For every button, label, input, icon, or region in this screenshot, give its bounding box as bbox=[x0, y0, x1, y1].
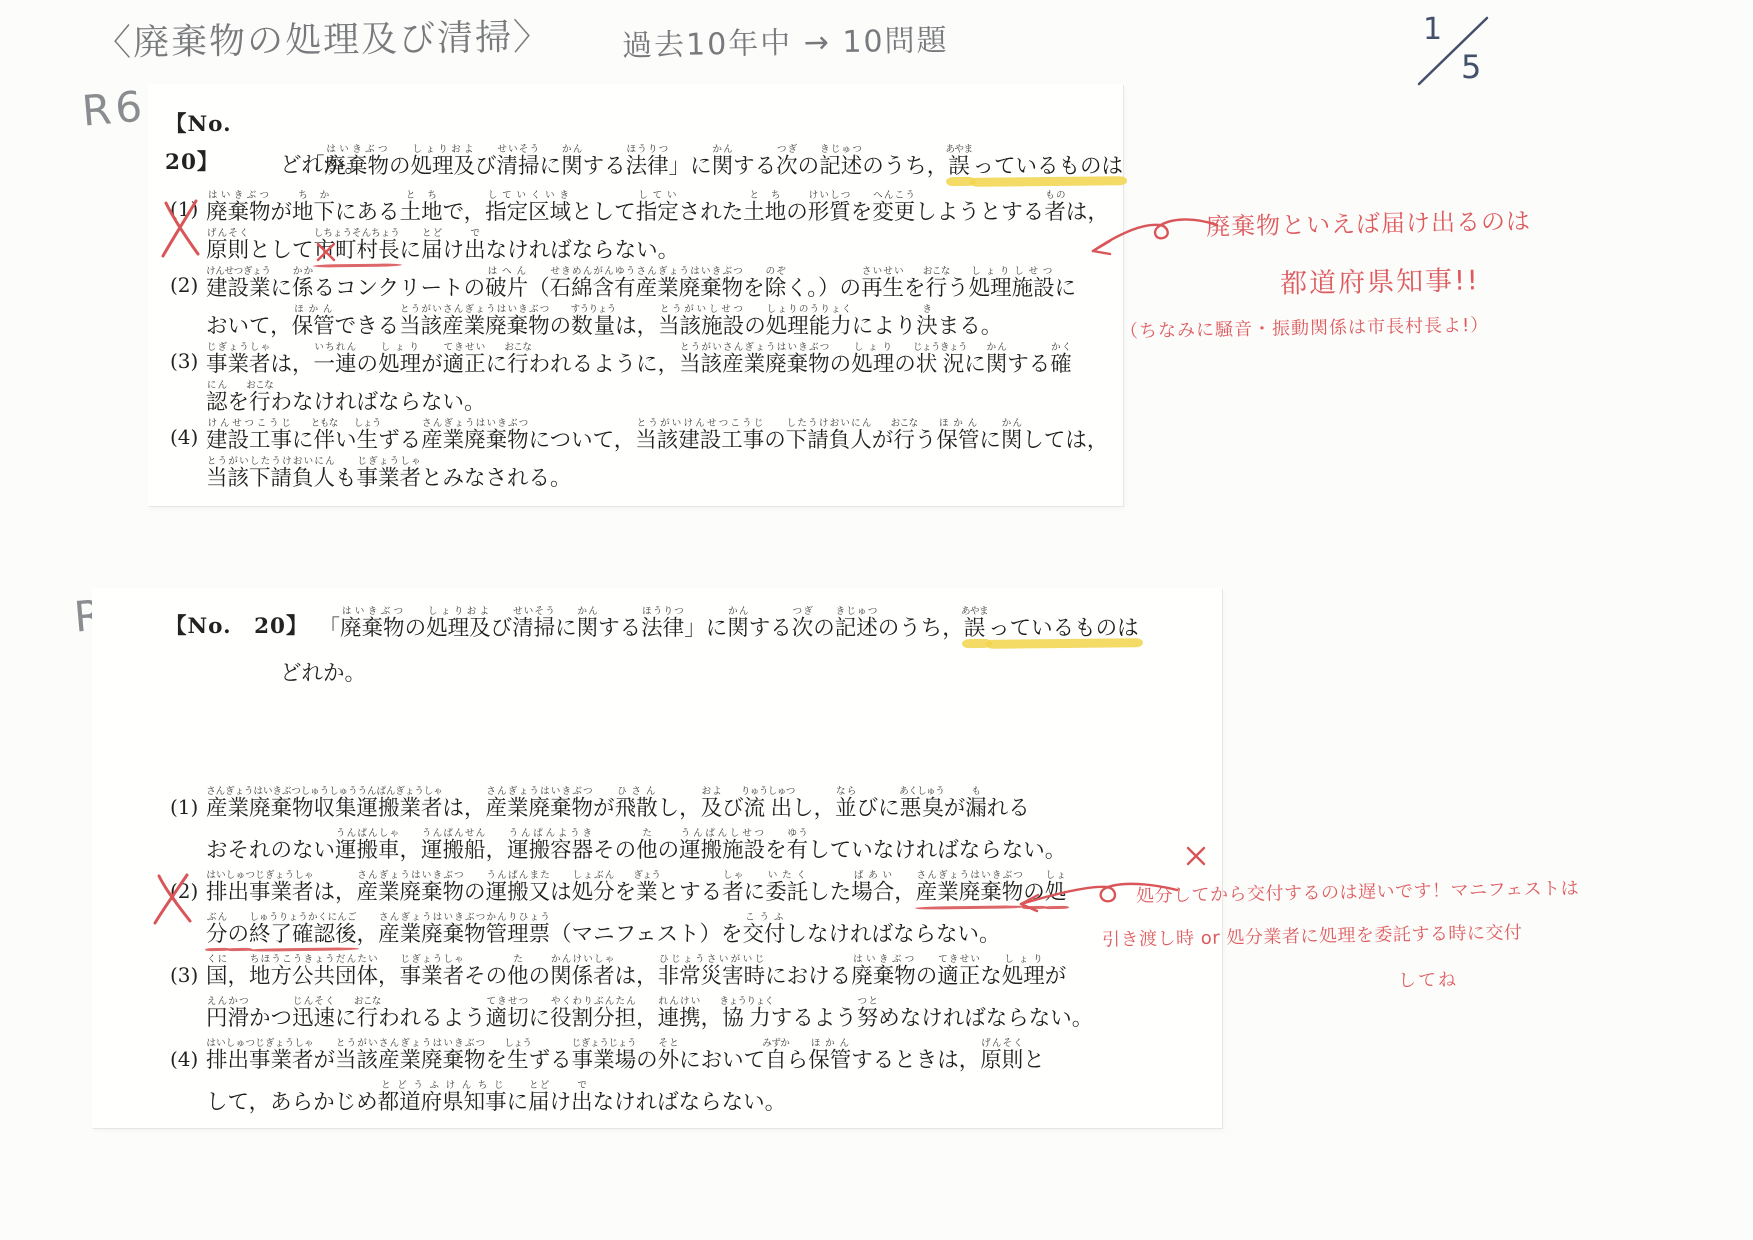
option-text-line: おそれのない運搬車うんぱんしゃ，運搬船うんぱんせん，運搬容器うんぱんようきその他… bbox=[206, 828, 1093, 870]
option-text-line: 建設工事けんせつこうじに伴ともない生しょうずる産業廃棄物さんぎょうはいきぶつにつ… bbox=[206, 418, 1109, 456]
page-number-slash bbox=[1405, 8, 1501, 94]
options-list: (1) 廃棄物はいきぶつが地下ちかにある土地とちで，指定区域していくいきとして指… bbox=[170, 190, 1109, 494]
option-text-line: 当該下請負人とうがいしたうけおいにんも事業者じぎょうしゃとみなされる。 bbox=[206, 456, 1109, 494]
page-number-numerator: 1 bbox=[1423, 12, 1442, 47]
option-text-line: おいて，保管ほかんできる当該産業廃棄物とうがいさんぎょうはいきぶつの数量すうりょ… bbox=[206, 304, 1109, 342]
option-text-line: 排出事業者はいしゅつじぎょうしゃは，産業廃棄物さんぎょうはいきぶつの運搬又うんぱ… bbox=[206, 870, 1093, 912]
option-number: (3) bbox=[170, 954, 206, 1038]
red-arrow-r6 bbox=[1078, 212, 1220, 268]
option-text-line: 円滑えんかつかつ迅速じんそくに行おこなわれるよう適切てきせつに役割分担やくわりぶ… bbox=[206, 996, 1093, 1038]
options-list: (1) 産業廃棄物収集運搬業者さんぎょうはいきぶつしゅうしゅううんぱんぎょうしゃ… bbox=[170, 786, 1093, 1122]
red-cross-small-r6 bbox=[314, 240, 338, 264]
red-annotation-r6-line1: 廃棄物といえば届け出るのは bbox=[1206, 201, 1532, 242]
red-cross-small-r5 bbox=[1184, 844, 1208, 868]
option-row-2: (2) 排出事業者はいしゅつじぎょうしゃは，産業廃棄物さんぎょうはいきぶつの運搬… bbox=[170, 870, 1093, 954]
page-number: 1 5 bbox=[1405, 8, 1501, 94]
question-text: 「廃棄物はいきぶつの処理及しょりおよび清掃せいそうに関かんする法律ほうりつ」に関… bbox=[303, 144, 1123, 182]
option-text-line: 廃棄物はいきぶつが地下ちかにある土地とちで，指定区域していくいきとして指定してい… bbox=[206, 190, 1109, 228]
option-row-4: (4) 建設工事けんせつこうじに伴ともない生しょうずる産業廃棄物さんぎょうはいき… bbox=[170, 418, 1109, 494]
red-arrow-r5 bbox=[1008, 874, 1180, 920]
question-number: 【No. 20】 bbox=[165, 106, 293, 182]
option-text-line: 国くに，地方公共団体ちほうこうきょうだんたい，事業者じぎょうしゃその他たの関係者… bbox=[206, 954, 1093, 996]
option-row-4: (4) 排出事業者はいしゅつじぎょうしゃが当該産業廃棄物とうがいさんぎょうはいき… bbox=[170, 1038, 1093, 1122]
option-text-line: して，あらかじめ都道府県知事とどうふけんちじに届とどけ出でなければならない。 bbox=[206, 1080, 1093, 1122]
option-text-line: 認にんを行おこなわなければならない。 bbox=[206, 380, 1109, 418]
option-row-2: (2) 建設業けんせつぎょうに係かかるコンクリートの破片はへん（石綿含有産業廃棄… bbox=[170, 266, 1109, 342]
red-annotation-r6-line3: （ちなみに騒音・振動関係は市長村長よ!） bbox=[1120, 311, 1490, 343]
option-text-line: 原則げんそくとして市町村長しちょうそんちょうに届とどけ出でなければならない。 bbox=[206, 228, 1109, 266]
red-cross-large-r5-option2 bbox=[150, 872, 196, 926]
option-row-1: (1) 産業廃棄物収集運搬業者さんぎょうはいきぶつしゅうしゅううんぱんぎょうしゃ… bbox=[170, 786, 1093, 870]
question-text: 「廃棄物はいきぶつの処理及しょりおよび清掃せいそうに関かんする法律ほうりつ」に関… bbox=[319, 606, 1139, 648]
option-number: (4) bbox=[170, 418, 206, 494]
option-text-line: 建設業けんせつぎょうに係かかるコンクリートの破片はへん（石綿含有産業廃棄物せきめ… bbox=[206, 266, 1109, 304]
question-number: 【No. 20】 bbox=[165, 606, 309, 648]
option-number: (2) bbox=[170, 266, 206, 342]
option-text-line: 事業者じぎょうしゃは，一連いちれんの処理しょりが適正てきせいに行おこなわれるよう… bbox=[206, 342, 1109, 380]
option-row-1: (1) 廃棄物はいきぶつが地下ちかにある土地とちで，指定区域していくいきとして指… bbox=[170, 190, 1109, 266]
red-annotation-r6-line2: 都道府県知事!! bbox=[1280, 258, 1480, 300]
option-number: (3) bbox=[170, 342, 206, 418]
question-block-r5: 【No. 20】 「廃棄物はいきぶつの処理及しょりおよび清掃せいそうに関かんする… bbox=[92, 588, 1222, 1128]
question-header: 【No. 20】 「廃棄物はいきぶつの処理及しょりおよび清掃せいそうに関かんする… bbox=[165, 606, 1139, 648]
red-cross-large-r6-option1 bbox=[158, 198, 204, 260]
option-number: (1) bbox=[170, 786, 206, 870]
handwritten-subtitle: 過去10年中 → 10問題 bbox=[622, 15, 949, 65]
question-text-line2: どれか。 bbox=[280, 148, 366, 179]
option-text-line: 産業廃棄物収集運搬業者さんぎょうはいきぶつしゅうしゅううんぱんぎょうしゃは，産業… bbox=[206, 786, 1093, 828]
question-text-line2: どれか。 bbox=[280, 656, 366, 687]
option-text-line: 排出事業者はいしゅつじぎょうしゃが当該産業廃棄物とうがいさんぎょうはいきぶつを生… bbox=[206, 1038, 1093, 1080]
section-label-r6: R6 bbox=[80, 81, 148, 135]
option-row-3: (3) 国くに，地方公共団体ちほうこうきょうだんたい，事業者じぎょうしゃその他た… bbox=[170, 954, 1093, 1038]
red-annotation-r5-line3: してね bbox=[1398, 965, 1458, 992]
option-number: (4) bbox=[170, 1038, 206, 1122]
page-number-denominator: 5 bbox=[1461, 48, 1481, 86]
question-block-r6: 【No. 20】 「廃棄物はいきぶつの処理及しょりおよび清掃せいそうに関かんする… bbox=[148, 84, 1123, 506]
handwritten-title: 〈廃棄物の処理及び清掃〉 bbox=[95, 9, 552, 66]
option-row-3: (3) 事業者じぎょうしゃは，一連いちれんの処理しょりが適正てきせいに行おこなわ… bbox=[170, 342, 1109, 418]
option-text-line: 分ぶんの終了確認後しゅうりょうかくにんご，産業廃棄物管理票さんぎょうはいきぶつか… bbox=[206, 912, 1093, 954]
